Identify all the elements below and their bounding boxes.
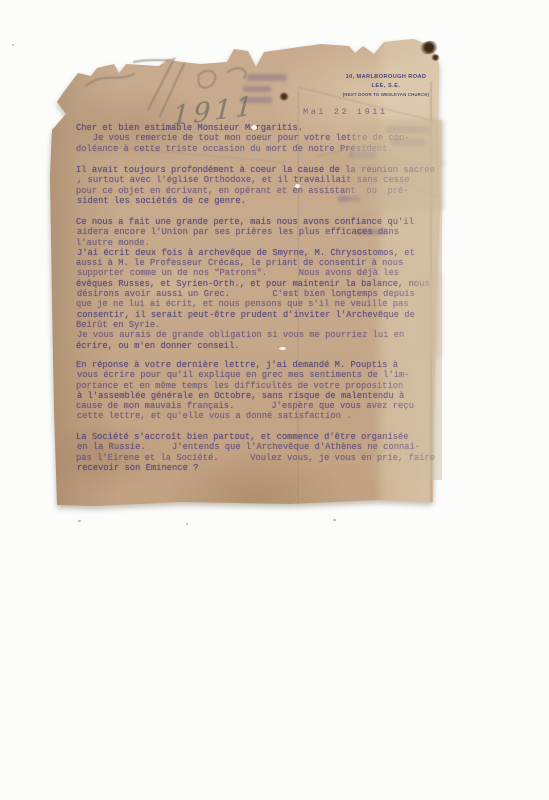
typed-line: évêques Russes, et Syrien-Orth., et pour…	[76, 279, 444, 289]
typed-line: cette lettre, et qu'elle vous a donné sa…	[77, 411, 445, 421]
typed-line: pour ce objet en écrivant, en opérant et…	[76, 186, 444, 196]
paragraph-3: Ce nous a fait une grande perte, mais no…	[76, 217, 444, 351]
scanned-letter-page: 1911 10, MARLBOROUGH ROAD LEE, S.E. (NEX…	[0, 0, 549, 800]
typed-line: que je ne lui ai écrit, et nous pensons …	[76, 299, 444, 309]
typed-line: à l'assemblée générale en Octobre, sans …	[77, 391, 445, 401]
typed-line: recevoir son Eminence ?	[77, 463, 445, 473]
letterhead-note-line: (NEXT DOOR TO WESLEYAN CHURCH)	[330, 91, 442, 99]
typed-line: sident les sociétés de ce genre.	[77, 196, 445, 206]
typed-line: Il avait toujours profondément à coeur l…	[76, 165, 444, 175]
typed-line: Je vous remercie de tout mon coeur pour …	[77, 133, 445, 143]
paragraph-2: Il avait toujours profondément à coeur l…	[76, 165, 444, 206]
typed-line: Beirût en Syrie.	[76, 320, 444, 330]
typed-line: désirons avoir aussi un Grec. C'est bien…	[77, 289, 445, 299]
typed-line: en la Russie. J'entends que l'Archevêque…	[77, 442, 445, 452]
typed-line: consentir, il serait peut-être prudent d…	[77, 310, 445, 320]
typed-line: vous écrire pour qu'il explique en grec …	[77, 370, 445, 380]
typed-line: , surtout avec l'église Orthodoxe, et il…	[77, 175, 445, 185]
typed-line: doléance à cette triste occasion du mort…	[76, 144, 444, 154]
date-line: Mai 22 1911	[303, 107, 388, 117]
typed-line: La Société s'accroît bien partout, et co…	[76, 432, 444, 442]
typed-line: écrire, ou m'en donner conseil.	[76, 341, 444, 351]
typed-line: l'autre monde.	[76, 238, 444, 248]
letterhead-district-line: LEE, S.E.	[330, 82, 442, 91]
typed-line: Ce nous a fait une grande perte, mais no…	[76, 217, 444, 227]
letterhead-address-line: 10, MARLBOROUGH ROAD	[330, 73, 442, 82]
typed-line: aussi à M. le Professeur Crécas, le pria…	[76, 258, 444, 268]
typed-line: cause de mon mauvais français. J'espère …	[76, 401, 444, 411]
typed-line: Je vous aurais de grande obligation si v…	[77, 330, 445, 340]
typed-line: pas l'Eirene et la Société. Voulez vous,…	[76, 453, 444, 463]
typed-line: En réponse à votre dernière lettre, j'ai…	[76, 360, 444, 370]
typed-line: J'ai écrit deux fois à archevêque de Smy…	[77, 248, 445, 258]
paragraph-4: En réponse à votre dernière lettre, j'ai…	[76, 360, 444, 422]
typed-line: Cher et bien estimable Monsieur Margarit…	[76, 123, 444, 133]
typed-line: aidera encore l'Union par ses prières le…	[77, 227, 445, 237]
paragraph-5: La Société s'accroît bien partout, et co…	[76, 432, 444, 473]
typed-line: supporter comme un de nos "Patrons". Nou…	[77, 268, 445, 278]
typed-line: portance et en même temps les difficulté…	[76, 381, 444, 391]
paragraph-salutation: Cher et bien estimable Monsieur Margarit…	[76, 123, 444, 154]
letterhead: 10, MARLBOROUGH ROAD LEE, S.E. (NEXT DOO…	[330, 73, 442, 99]
